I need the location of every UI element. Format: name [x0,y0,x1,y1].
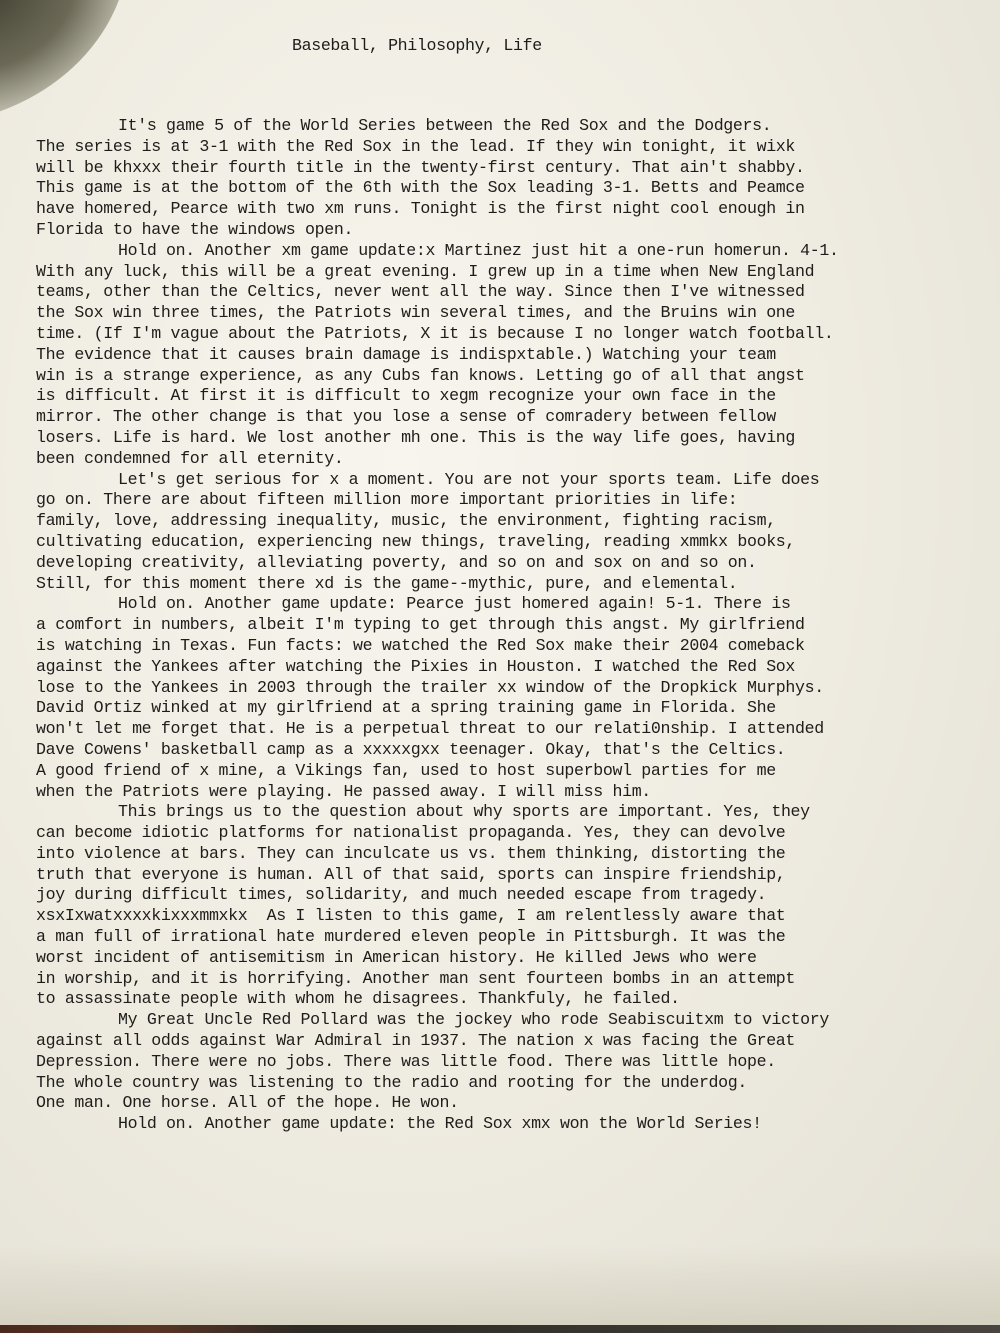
text-line: One man. One horse. All of the hope. He … [36,1093,996,1114]
text-line: cultivating education, experiencing new … [36,532,996,553]
typewritten-page: Baseball, Philosophy, Life It's game 5 o… [0,0,1000,1333]
text-line: is watching in Texas. Fun facts: we watc… [36,636,996,657]
text-line: Still, for this moment there xd is the g… [36,574,996,595]
text-line: Hold on. Another xm game update:x Martin… [36,241,996,262]
text-line: family, love, addressing inequality, mus… [36,511,996,532]
text-line: against all odds against War Admiral in … [36,1031,996,1052]
text-line: David Ortiz winked at my girlfriend at a… [36,698,996,719]
text-line: mirror. The other change is that you los… [36,407,996,428]
text-line: joy during difficult times, solidarity, … [36,885,996,906]
page-corner-shadow [0,0,151,123]
text-line: Depression. There were no jobs. There wa… [36,1052,996,1073]
text-line: The whole country was listening to the r… [36,1073,996,1094]
text-line: have homered, Pearce with two xm runs. T… [36,199,996,220]
text-line: xsxIxwatxxxxkixxxmmxkx As I listen to th… [36,906,996,927]
text-line: into violence at bars. They can inculcat… [36,844,996,865]
text-line: the Sox win three times, the Patriots wi… [36,303,996,324]
text-line: It's game 5 of the World Series between … [36,116,996,137]
text-line: Let's get serious for x a moment. You ar… [36,470,996,491]
text-line: This brings us to the question about why… [36,802,996,823]
text-line: developing creativity, alleviating pover… [36,553,996,574]
text-line: The evidence that it causes brain damage… [36,345,996,366]
text-line: can become idiotic platforms for nationa… [36,823,996,844]
text-line: With any luck, this will be a great even… [36,262,996,283]
text-line: when the Patriots were playing. He passe… [36,782,996,803]
text-line: Dave Cowens' basketball camp as a xxxxxg… [36,740,996,761]
text-line: truth that everyone is human. All of tha… [36,865,996,886]
text-line: in worship, and it is horrifying. Anothe… [36,969,996,990]
document-body: It's game 5 of the World Series between … [36,116,996,1135]
text-line: is difficult. At first it is difficult t… [36,386,996,407]
text-line: Florida to have the windows open. [36,220,996,241]
text-line: won't let me forget that. He is a perpet… [36,719,996,740]
text-line: losers. Life is hard. We lost another mh… [36,428,996,449]
text-line: to assassinate people with whom he disag… [36,989,996,1010]
text-line: go on. There are about fifteen million m… [36,490,996,511]
text-line: worst incident of antisemitism in Americ… [36,948,996,969]
text-line: time. (If I'm vague about the Patriots, … [36,324,996,345]
text-line: win is a strange experience, as any Cubs… [36,366,996,387]
text-line: teams, other than the Celtics, never wen… [36,282,996,303]
document-title: Baseball, Philosophy, Life [292,36,542,57]
table-edge [0,1325,1000,1333]
page-bottom-shade [0,1245,1000,1325]
text-line: a man full of irrational hate murdered e… [36,927,996,948]
text-line: This game is at the bottom of the 6th wi… [36,178,996,199]
text-line: a comfort in numbers, albeit I'm typing … [36,615,996,636]
text-line: will be khxxx their fourth title in the … [36,158,996,179]
text-line: The series is at 3-1 with the Red Sox in… [36,137,996,158]
text-line: been condemned for all eternity. [36,449,996,470]
text-line: My Great Uncle Red Pollard was the jocke… [36,1010,996,1031]
text-line: A good friend of x mine, a Vikings fan, … [36,761,996,782]
text-line: Hold on. Another game update: Pearce jus… [36,594,996,615]
text-line: lose to the Yankees in 2003 through the … [36,678,996,699]
text-line: Hold on. Another game update: the Red So… [36,1114,996,1135]
text-line: against the Yankees after watching the P… [36,657,996,678]
